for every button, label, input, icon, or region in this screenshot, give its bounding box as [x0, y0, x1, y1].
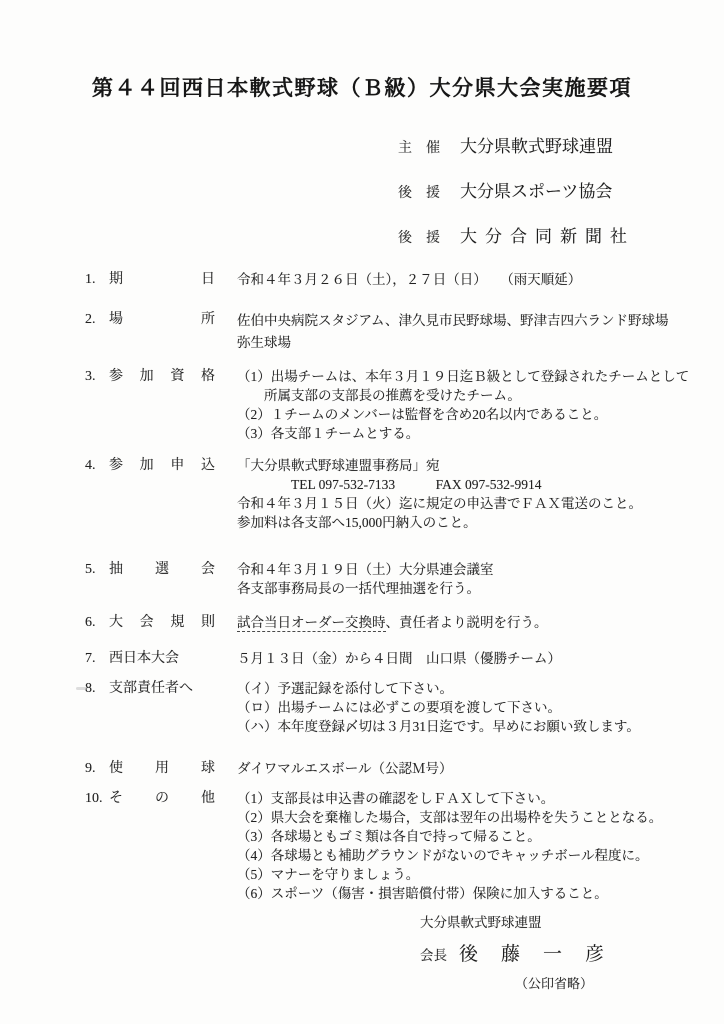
item-number: 4.	[85, 456, 109, 475]
signature-name: 後 藤 一 彦	[459, 939, 606, 966]
sponsor-role: 主 催	[398, 137, 440, 160]
list-item: 4. 参加申込 「大分県軟式野球連盟事務局」宛 TEL 097-532-7133…	[85, 456, 724, 532]
signature-row: 会長 後 藤 一 彦	[420, 939, 724, 966]
document-page: 第４４回西日本軟式野球（Ｂ級）大分県大会実施要項 主 催 大分県軟式野球連盟 後…	[0, 0, 724, 1024]
text-line: （1）出場チームは、本年３月１９日迄Ｂ級として登録されたチームとして	[237, 367, 724, 386]
item-number: 8.	[85, 679, 109, 698]
item-number: 9.	[85, 759, 109, 778]
list-item: 2. 場所 佐伯中央病院スタジアム、津久見市民野球場、野津吉四六ランド野球場弥生…	[85, 310, 724, 354]
sponsor-role: 後 援	[398, 227, 440, 250]
text-line: （2）県大会を棄権した場合，支部は翌年の出場枠を失うこととなる。	[237, 808, 724, 827]
text-line: （1）支部長は申込書の確認をしＦＡＸして下さい。	[237, 789, 724, 808]
item-number: 5.	[85, 560, 109, 579]
text-line: TEL 097-532-7133 FAX 097-532-9914	[237, 475, 724, 494]
item-content: ５月１３日（金）から４日間 山口県（優勝チーム）	[237, 649, 724, 668]
sponsor-row: 後 援 大分合同新聞社	[398, 225, 724, 250]
list-item: 8. 支部責任者へ （イ）予選記録を添付して下さい。（ロ）出場チームには必ずこの…	[85, 679, 724, 736]
text-line: （5）マナーを守りましょう。	[237, 865, 724, 884]
list-item: 9. 使用球 ダイワマルエスボール（公認Ｍ号）	[85, 759, 724, 778]
text-line: 佐伯中央病院スタジアム、津久見市民野球場、野津吉四六ランド野球場	[237, 310, 724, 332]
item-content: 「大分県軟式野球連盟事務局」宛 TEL 097-532-7133 FAX 097…	[237, 456, 724, 532]
text-line: 各支部事務局長の一括代理抽選を行う。	[237, 579, 724, 598]
item-label: 使用球	[109, 759, 215, 778]
text-line: （イ）予選記録を添付して下さい。	[237, 679, 724, 698]
text-line: 試合当日オーダー交換時、責任者より説明を行う。	[237, 613, 724, 632]
item-content: 令和４年３月２６日（土），２７日（日） （雨天順延）	[237, 270, 724, 289]
list-item: 1. 期日 令和４年３月２６日（土），２７日（日） （雨天順延）	[85, 270, 724, 289]
text-line: （3）各球場ともゴミ類は各自で持って帰ること。	[237, 827, 724, 846]
item-label: 抽選会	[109, 560, 215, 579]
scan-artifact	[76, 687, 87, 690]
sponsor-row: 主 催 大分県軟式野球連盟	[398, 135, 724, 160]
text-line: ダイワマルエスボール（公認Ｍ号）	[237, 759, 724, 778]
text-line: ５月１３日（金）から４日間 山口県（優勝チーム）	[237, 649, 724, 668]
list-item: 7. 西日本大会 ５月１３日（金）から４日間 山口県（優勝チーム）	[85, 649, 724, 668]
item-number: 6.	[85, 613, 109, 632]
item-label: 場所	[109, 310, 215, 329]
signature-org: 大分県軟式野球連盟	[420, 914, 724, 932]
list-item: 5. 抽選会 令和４年３月１９日（土）大分県連会議室各支部事務局長の一括代理抽選…	[85, 560, 724, 598]
item-label: 大会規則	[109, 613, 215, 632]
text-line: （4）各球場とも補助グラウンドがないのでキャッチボール程度に。	[237, 846, 724, 865]
item-content: （1）支部長は申込書の確認をしＦＡＸして下さい。（2）県大会を棄権した場合，支部…	[237, 789, 724, 903]
text-line: （ロ）出場チームには必ずこの要項を渡して下さい。	[237, 698, 724, 717]
list-item: 3. 参加資格 （1）出場チームは、本年３月１９日迄Ｂ級として登録されたチームと…	[85, 367, 724, 443]
sponsor-name: 大分県軟式野球連盟	[460, 135, 613, 158]
signature-note: （公印省略）	[515, 973, 724, 992]
signature-block: 大分県軟式野球連盟 会長 後 藤 一 彦 （公印省略）	[420, 914, 724, 992]
item-number: 3.	[85, 367, 109, 386]
text-line: （3）各支部１チームとする。	[237, 424, 724, 443]
signature-role: 会長	[420, 944, 447, 964]
text-line: （ハ）本年度登録〆切は３月31日迄です。早めにお願い致します。	[237, 717, 724, 736]
item-label: 支部責任者へ	[109, 679, 215, 698]
sponsor-list: 主 催 大分県軟式野球連盟 後 援 大分県スポーツ協会 後 援 大分合同新聞社	[398, 135, 724, 250]
sponsor-role: 後 援	[398, 182, 440, 205]
text-line: 弥生球場	[237, 332, 724, 354]
text-line: 令和４年３月１９日（土）大分県連会議室	[237, 560, 724, 579]
item-number: 1.	[85, 270, 109, 289]
item-content: （イ）予選記録を添付して下さい。（ロ）出場チームには必ずこの要項を渡して下さい。…	[237, 679, 724, 736]
text-line: （6）スポーツ（傷害・損害賠償付帯）保険に加入すること。	[237, 884, 724, 903]
list-item: 10. その他 （1）支部長は申込書の確認をしＦＡＸして下さい。（2）県大会を棄…	[85, 789, 724, 903]
page-title: 第４４回西日本軟式野球（Ｂ級）大分県大会実施要項	[0, 0, 724, 102]
text-line: 「大分県軟式野球連盟事務局」宛	[237, 456, 724, 475]
text-line: 参加料は各支部へ15,000円納入のこと。	[237, 513, 724, 532]
item-number: 2.	[85, 310, 109, 329]
item-number: 7.	[85, 649, 109, 668]
item-content: 佐伯中央病院スタジアム、津久見市民野球場、野津吉四六ランド野球場弥生球場	[237, 310, 724, 354]
item-label: 参加申込	[109, 456, 215, 475]
item-label: 期日	[109, 270, 215, 289]
text-line: （2）１チームのメンバーは監督を含め20名以内であること。	[237, 405, 724, 424]
text-line: 令和４年３月１５日（火）迄に規定の申込書でＦＡＸ電送のこと。	[237, 494, 724, 513]
sponsor-name: 大分県スポーツ協会	[460, 180, 612, 203]
item-content: 令和４年３月１９日（土）大分県連会議室各支部事務局長の一括代理抽選を行う。	[237, 560, 724, 598]
text-segment: 、責任者より説明を行う。	[386, 615, 548, 630]
item-label: 西日本大会	[109, 649, 215, 668]
item-number: 10.	[85, 789, 109, 808]
item-label: 参加資格	[109, 367, 215, 386]
list-item: 6. 大会規則 試合当日オーダー交換時、責任者より説明を行う。	[85, 613, 724, 632]
sponsor-row: 後 援 大分県スポーツ協会	[398, 180, 724, 205]
underlined-text: 試合当日オーダー交換時	[237, 615, 386, 632]
items-list: 1. 期日 令和４年３月２６日（土），２７日（日） （雨天順延） 2. 場所 佐…	[85, 270, 724, 903]
item-content: ダイワマルエスボール（公認Ｍ号）	[237, 759, 724, 778]
item-content: （1）出場チームは、本年３月１９日迄Ｂ級として登録されたチームとして 所属支部の…	[237, 367, 724, 443]
sponsor-name: 大分合同新聞社	[460, 225, 635, 248]
item-label: その他	[109, 789, 215, 808]
text-line: 所属支部の支部長の推薦を受けたチーム。	[237, 386, 724, 405]
item-content: 試合当日オーダー交換時、責任者より説明を行う。	[237, 613, 724, 632]
text-line: 令和４年３月２６日（土），２７日（日） （雨天順延）	[237, 270, 724, 289]
